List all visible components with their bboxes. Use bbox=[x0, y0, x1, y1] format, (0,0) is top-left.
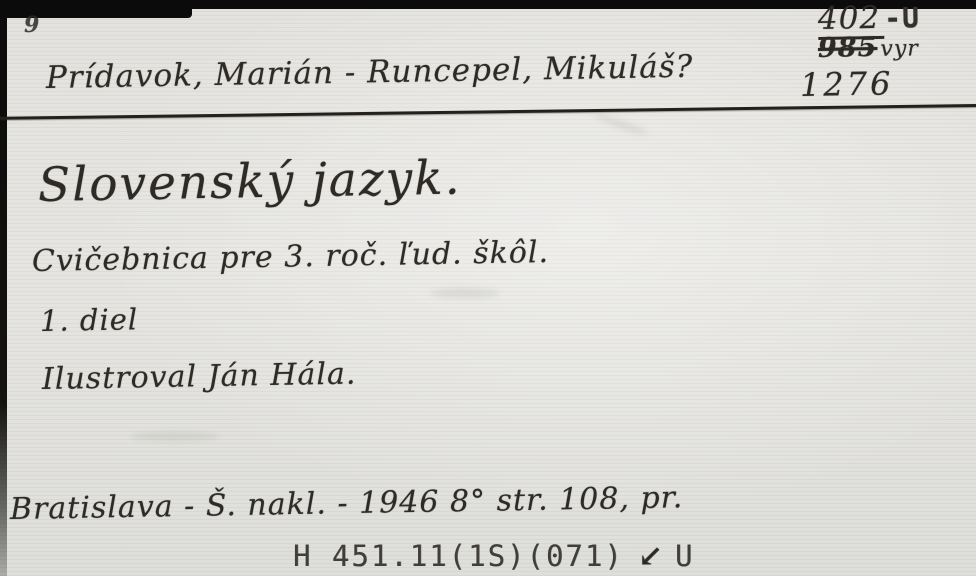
paper-smudge bbox=[430, 288, 500, 298]
shelf-letter: -U bbox=[884, 1, 920, 35]
catalog-card-scan: 9 Prídavok, Marián - Runcepel, Mikuláš? … bbox=[0, 0, 976, 576]
call-number: H 451.11(1S)(071) bbox=[293, 539, 624, 573]
handwritten-arrow-mark: ↙ bbox=[624, 539, 675, 574]
withdrawn-note: vyr bbox=[880, 36, 919, 62]
withdrawn-number: 985 bbox=[818, 32, 878, 64]
author-line: Prídavok, Marián - Runcepel, Mikuláš? bbox=[46, 49, 694, 96]
accession-number: 1276 bbox=[800, 64, 894, 104]
paper-smudge bbox=[590, 110, 649, 138]
withdrawn-number-row: 985vyr bbox=[818, 31, 919, 64]
illustrator-statement: Ilustroval Ján Hála. bbox=[42, 357, 357, 397]
paper-smudge bbox=[130, 432, 220, 441]
subtitle: Cvičebnica pre 3. roč. ľud. škôl. bbox=[32, 235, 550, 279]
scan-left-edge bbox=[0, 0, 7, 576]
call-number-suffix: U bbox=[675, 539, 694, 573]
call-number-row: H 451.11(1S)(071)↙U bbox=[293, 539, 694, 574]
corner-mark: 9 bbox=[24, 12, 41, 38]
volume-statement: 1. diel bbox=[40, 302, 139, 338]
heading-rule bbox=[0, 104, 976, 120]
imprint-line: Bratislava - Š. nakl. - 1946 8° str. 108… bbox=[10, 480, 684, 527]
title: Slovenský jazyk. bbox=[38, 151, 462, 213]
